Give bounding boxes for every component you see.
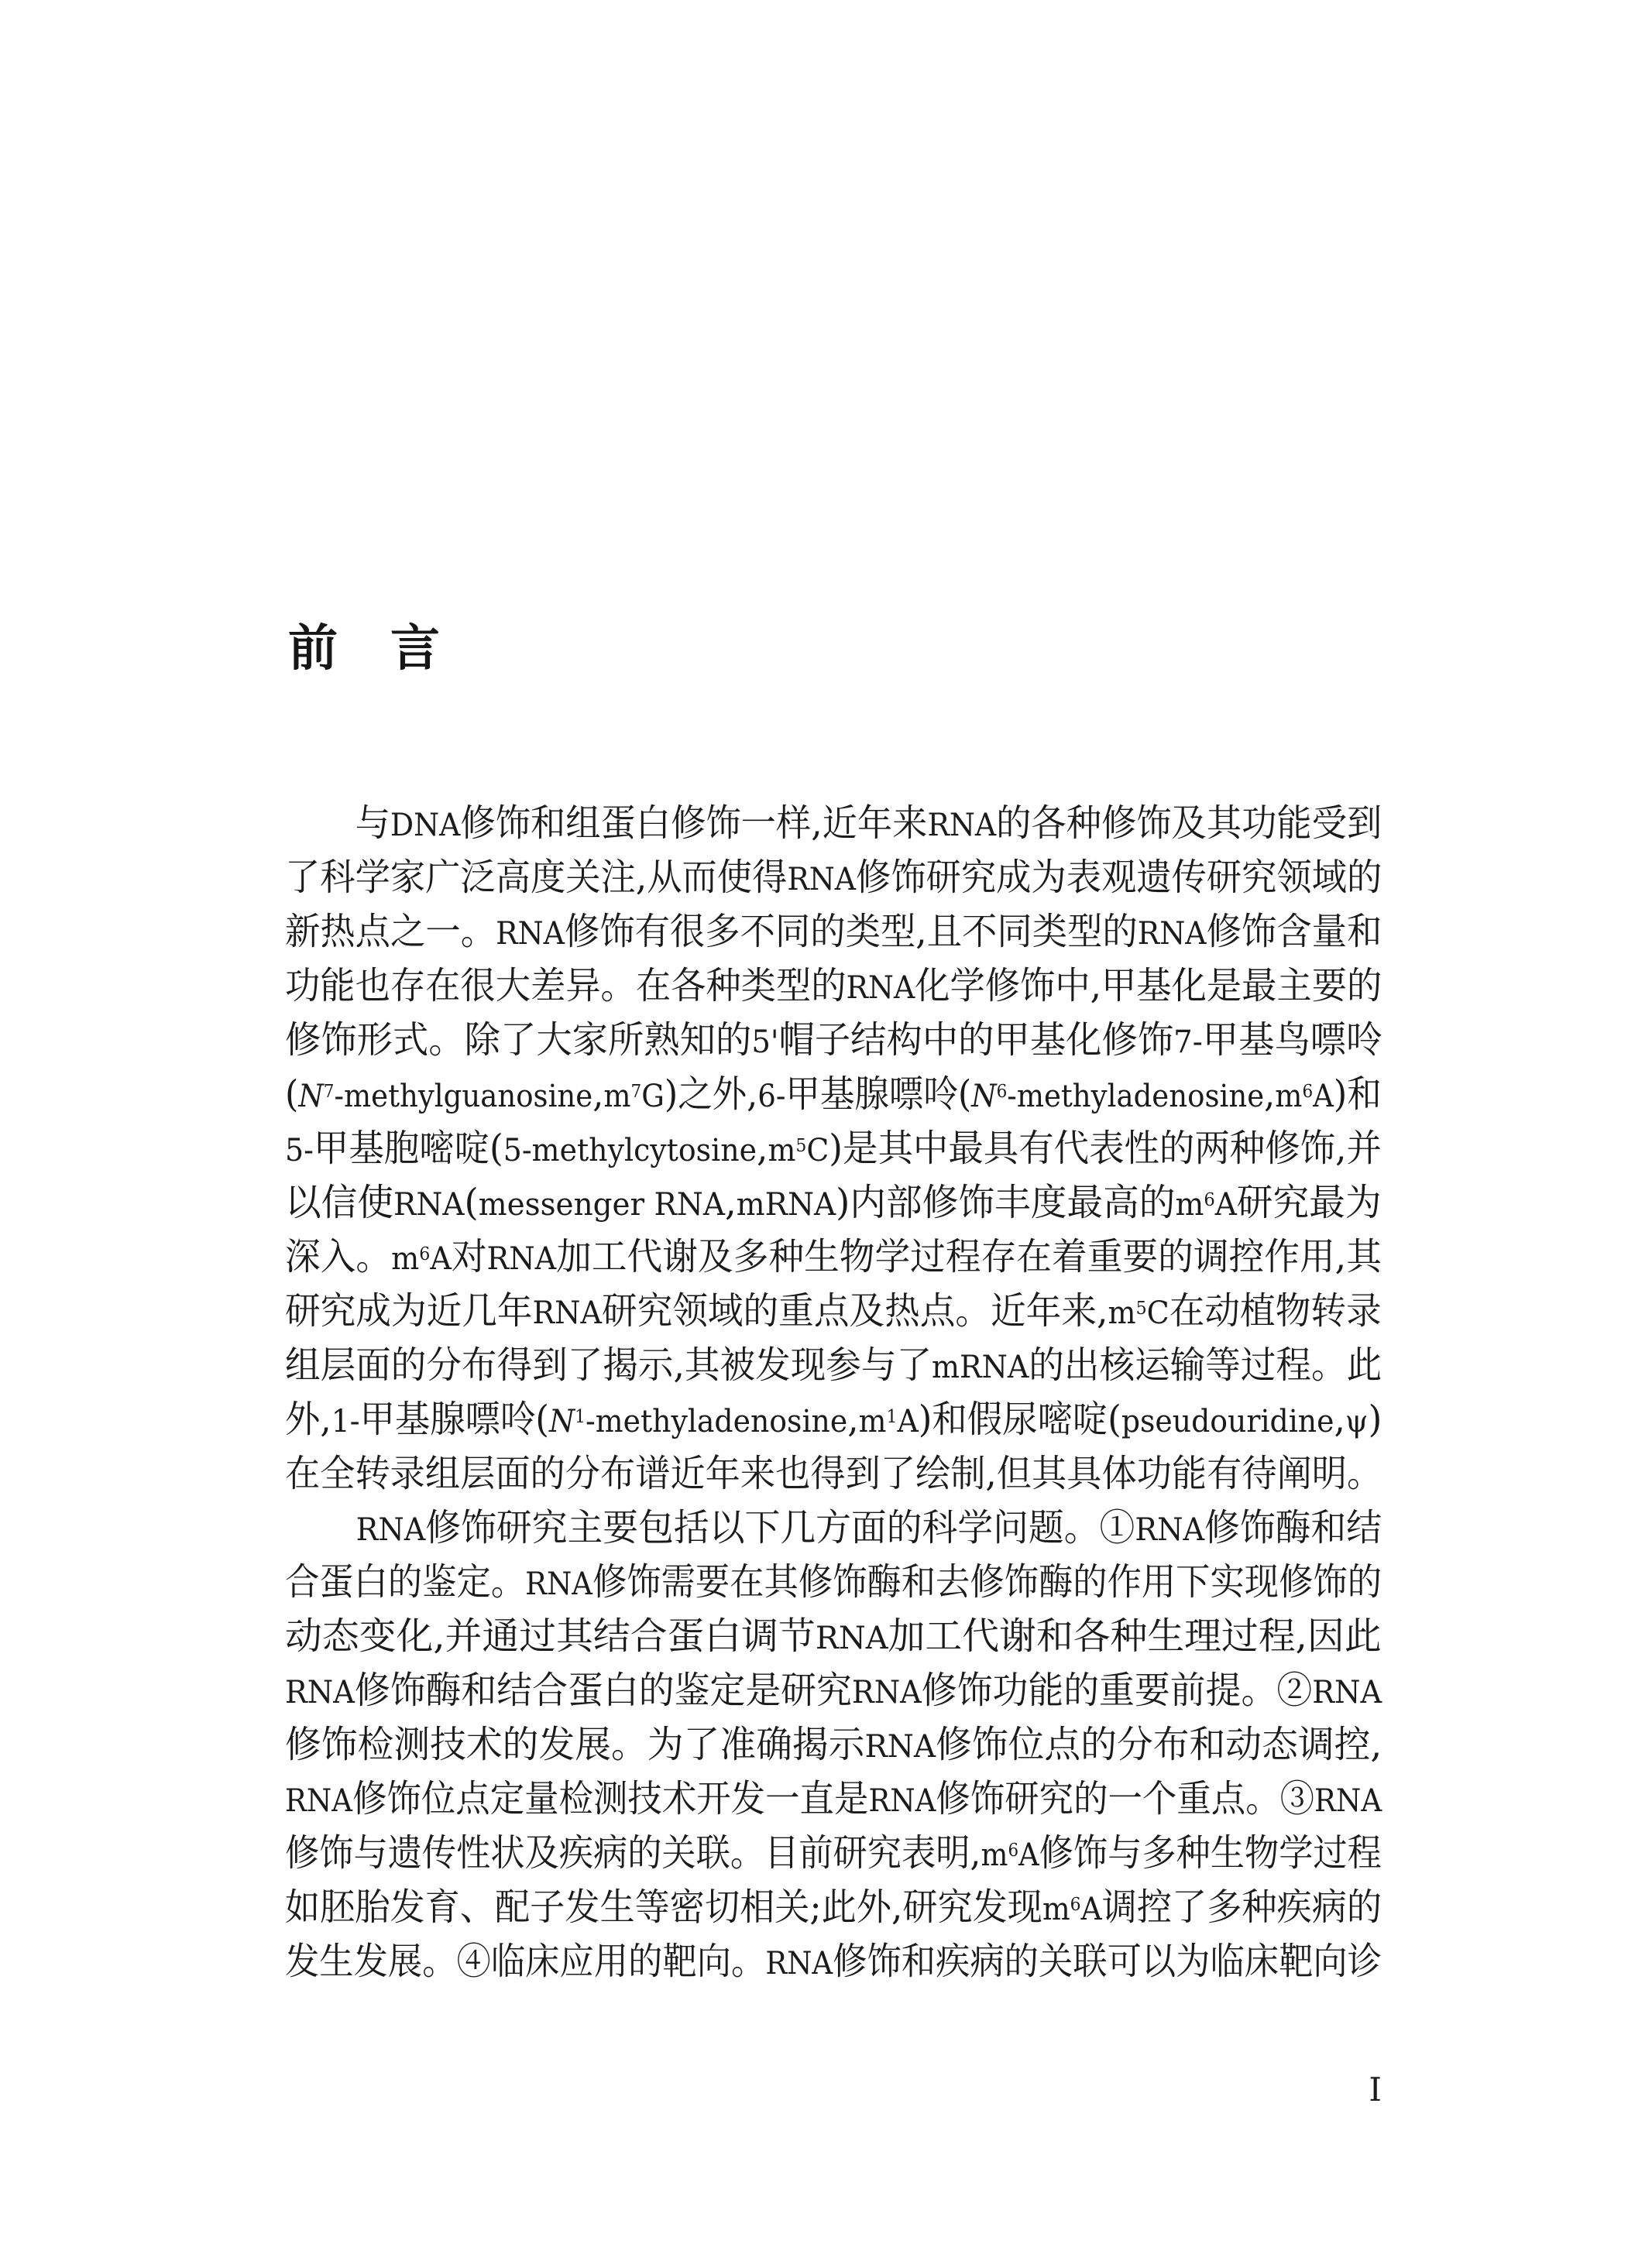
text-line: 以信使RNA(messenger RNA,mRNA)内部修饰丰度最高的m6A研究… [285,1175,1352,1230]
text-line: 5-甲基胞嘧啶(5-methylcytosine,m5C)是其中最具有代表性的两… [285,1121,1323,1175]
text-line: 修饰与遗传性状及疾病的关联。目前研究表明,m6A修饰与多种生物学过程 [285,1826,1296,1880]
text-line: RNA修饰研究主要包括以下几方面的科学问题。①RNA修饰酶和结 [285,1501,1331,1555]
text-line: 了科学家广泛高度关注,从而使得RNA修饰研究成为表观遗传研究领域的 [285,850,1320,904]
page-title: 前 言 [288,624,441,674]
preface-page: 前 言 与DNA修饰和组蛋白修饰一样,近年来RNA的各种修饰及其功能受到了科学家… [0,0,1628,2268]
text-line: 组层面的分布得到了揭示,其被发现参与了mRNA的出核运输等过程。此 [285,1338,1327,1392]
text-line: 与DNA修饰和组蛋白修饰一样,近年来RNA的各种修饰及其功能受到 [285,796,1320,850]
text-line: 研究成为近几年RNA研究领域的重点及热点。近年来,m5C在动植物转录 [285,1284,1328,1338]
text-line: 外,1-甲基腺嘌呤(N1-methyladenosine,m1A)和假尿嘧啶(p… [285,1392,1321,1446]
text-line: 在全转录组层面的分布谱近年来也得到了绘制,但其具体功能有待阐明。 [285,1446,1318,1501]
text-line: 动态变化,并通过其结合蛋白调节RNA加工代谢和各种生理过程,因此 [285,1609,1378,1663]
text-line: 修饰形式。除了大家所熟知的5'帽子结构中的甲基化修饰7-甲基鸟嘌呤 [285,1013,1344,1067]
text-line: 修饰检测技术的发展。为了准确揭示RNA修饰位点的分布和动态调控, [285,1717,1354,1772]
text-line: 新热点之一。RNA修饰有很多不同的类型,且不同类型的RNA修饰含量和 [285,904,1321,959]
text-line: 深入。m6A对RNA加工代谢及多种生物学过程存在着重要的调控作用,其 [285,1230,1329,1284]
page-number: I [285,2074,1382,2106]
preface-body: 与DNA修饰和组蛋白修饰一样,近年来RNA的各种修饰及其功能受到了科学家广泛高度… [285,796,1382,1988]
text-line: (N7-methylguanosine,m7G)之外,6-甲基腺嘌呤(N6-me… [285,1067,1301,1121]
text-line: RNA修饰酶和结合蛋白的鉴定是研究RNA修饰功能的重要前提。②RNA [285,1663,1333,1717]
text-line: RNA修饰位点定量检测技术开发一直是RNA修饰研究的一个重点。③RNA [285,1772,1300,1826]
text-line: 发生发展。④临床应用的靶向。RNA修饰和疾病的关联可以为临床靶向诊 [285,1934,1297,1988]
text-line: 功能也存在很大差异。在各种类型的RNA化学修饰中,甲基化是最主要的 [285,959,1320,1013]
text-line: 如胚胎发育、配子发生等密切相关;此外,研究发现m6A调控了多种疾病的 [285,1880,1317,1934]
text-line: 合蛋白的鉴定。RNA修饰需要在其修饰酶和去修饰酶的作用下实现修饰的 [285,1555,1297,1609]
